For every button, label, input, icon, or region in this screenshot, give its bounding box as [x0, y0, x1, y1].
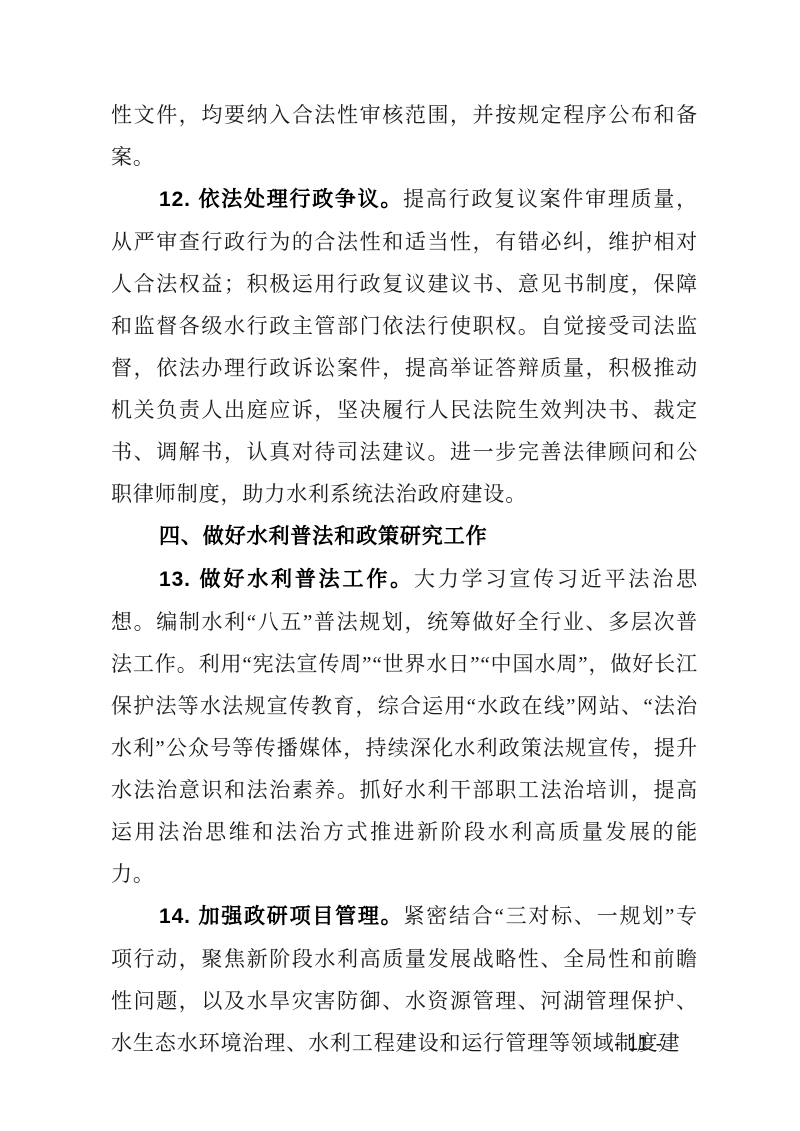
document-body: 性文件，均要纳入合法性审核范围，并按规定程序公布和备案。12. 依法处理行政争议… [111, 94, 698, 1064]
text-run-bold: 14. 加强政研项目管理。 [159, 905, 403, 928]
text-run-normal: 性文件，均要纳入合法性审核范围，并按规定程序公布和备案。 [111, 103, 698, 169]
numbered-paragraph-14: 14. 加强政研项目管理。紧密结合“三对标、一规划”专项行动，聚焦新阶段水利高质… [111, 895, 698, 1064]
numbered-paragraph-12: 12. 依法处理行政争议。提高行政复议案件审理质量，从严审查行政行为的合法性和适… [111, 178, 698, 515]
text-run-bold: 四、做好水利普法和政策研究工作 [159, 525, 488, 548]
document-page: 性文件，均要纳入合法性审核范围，并按规定程序公布和备案。12. 依法处理行政争议… [0, 0, 800, 1131]
text-run-normal: 提高行政复议案件审理质量，从严审查行政行为的合法性和适当性，有错必纠，维护相对人… [111, 187, 698, 506]
numbered-paragraph-13: 13. 做好水利普法工作。大力学习宣传习近平法治思想。编制水利“八五”普法规划，… [111, 558, 698, 895]
body-paragraph-continuation: 性文件，均要纳入合法性审核范围，并按规定程序公布和备案。 [111, 94, 698, 178]
page-number: - 11 - [614, 1033, 663, 1057]
text-run-normal: 大力学习宣传习近平法治思想。编制水利“八五”普法规划，统筹做好全行业、多层次普法… [111, 567, 698, 886]
text-run-bold: 13. 做好水利普法工作。 [159, 568, 414, 591]
text-run-bold: 12. 依法处理行政争议。 [159, 188, 403, 211]
section-heading: 四、做好水利普法和政策研究工作 [111, 515, 698, 558]
